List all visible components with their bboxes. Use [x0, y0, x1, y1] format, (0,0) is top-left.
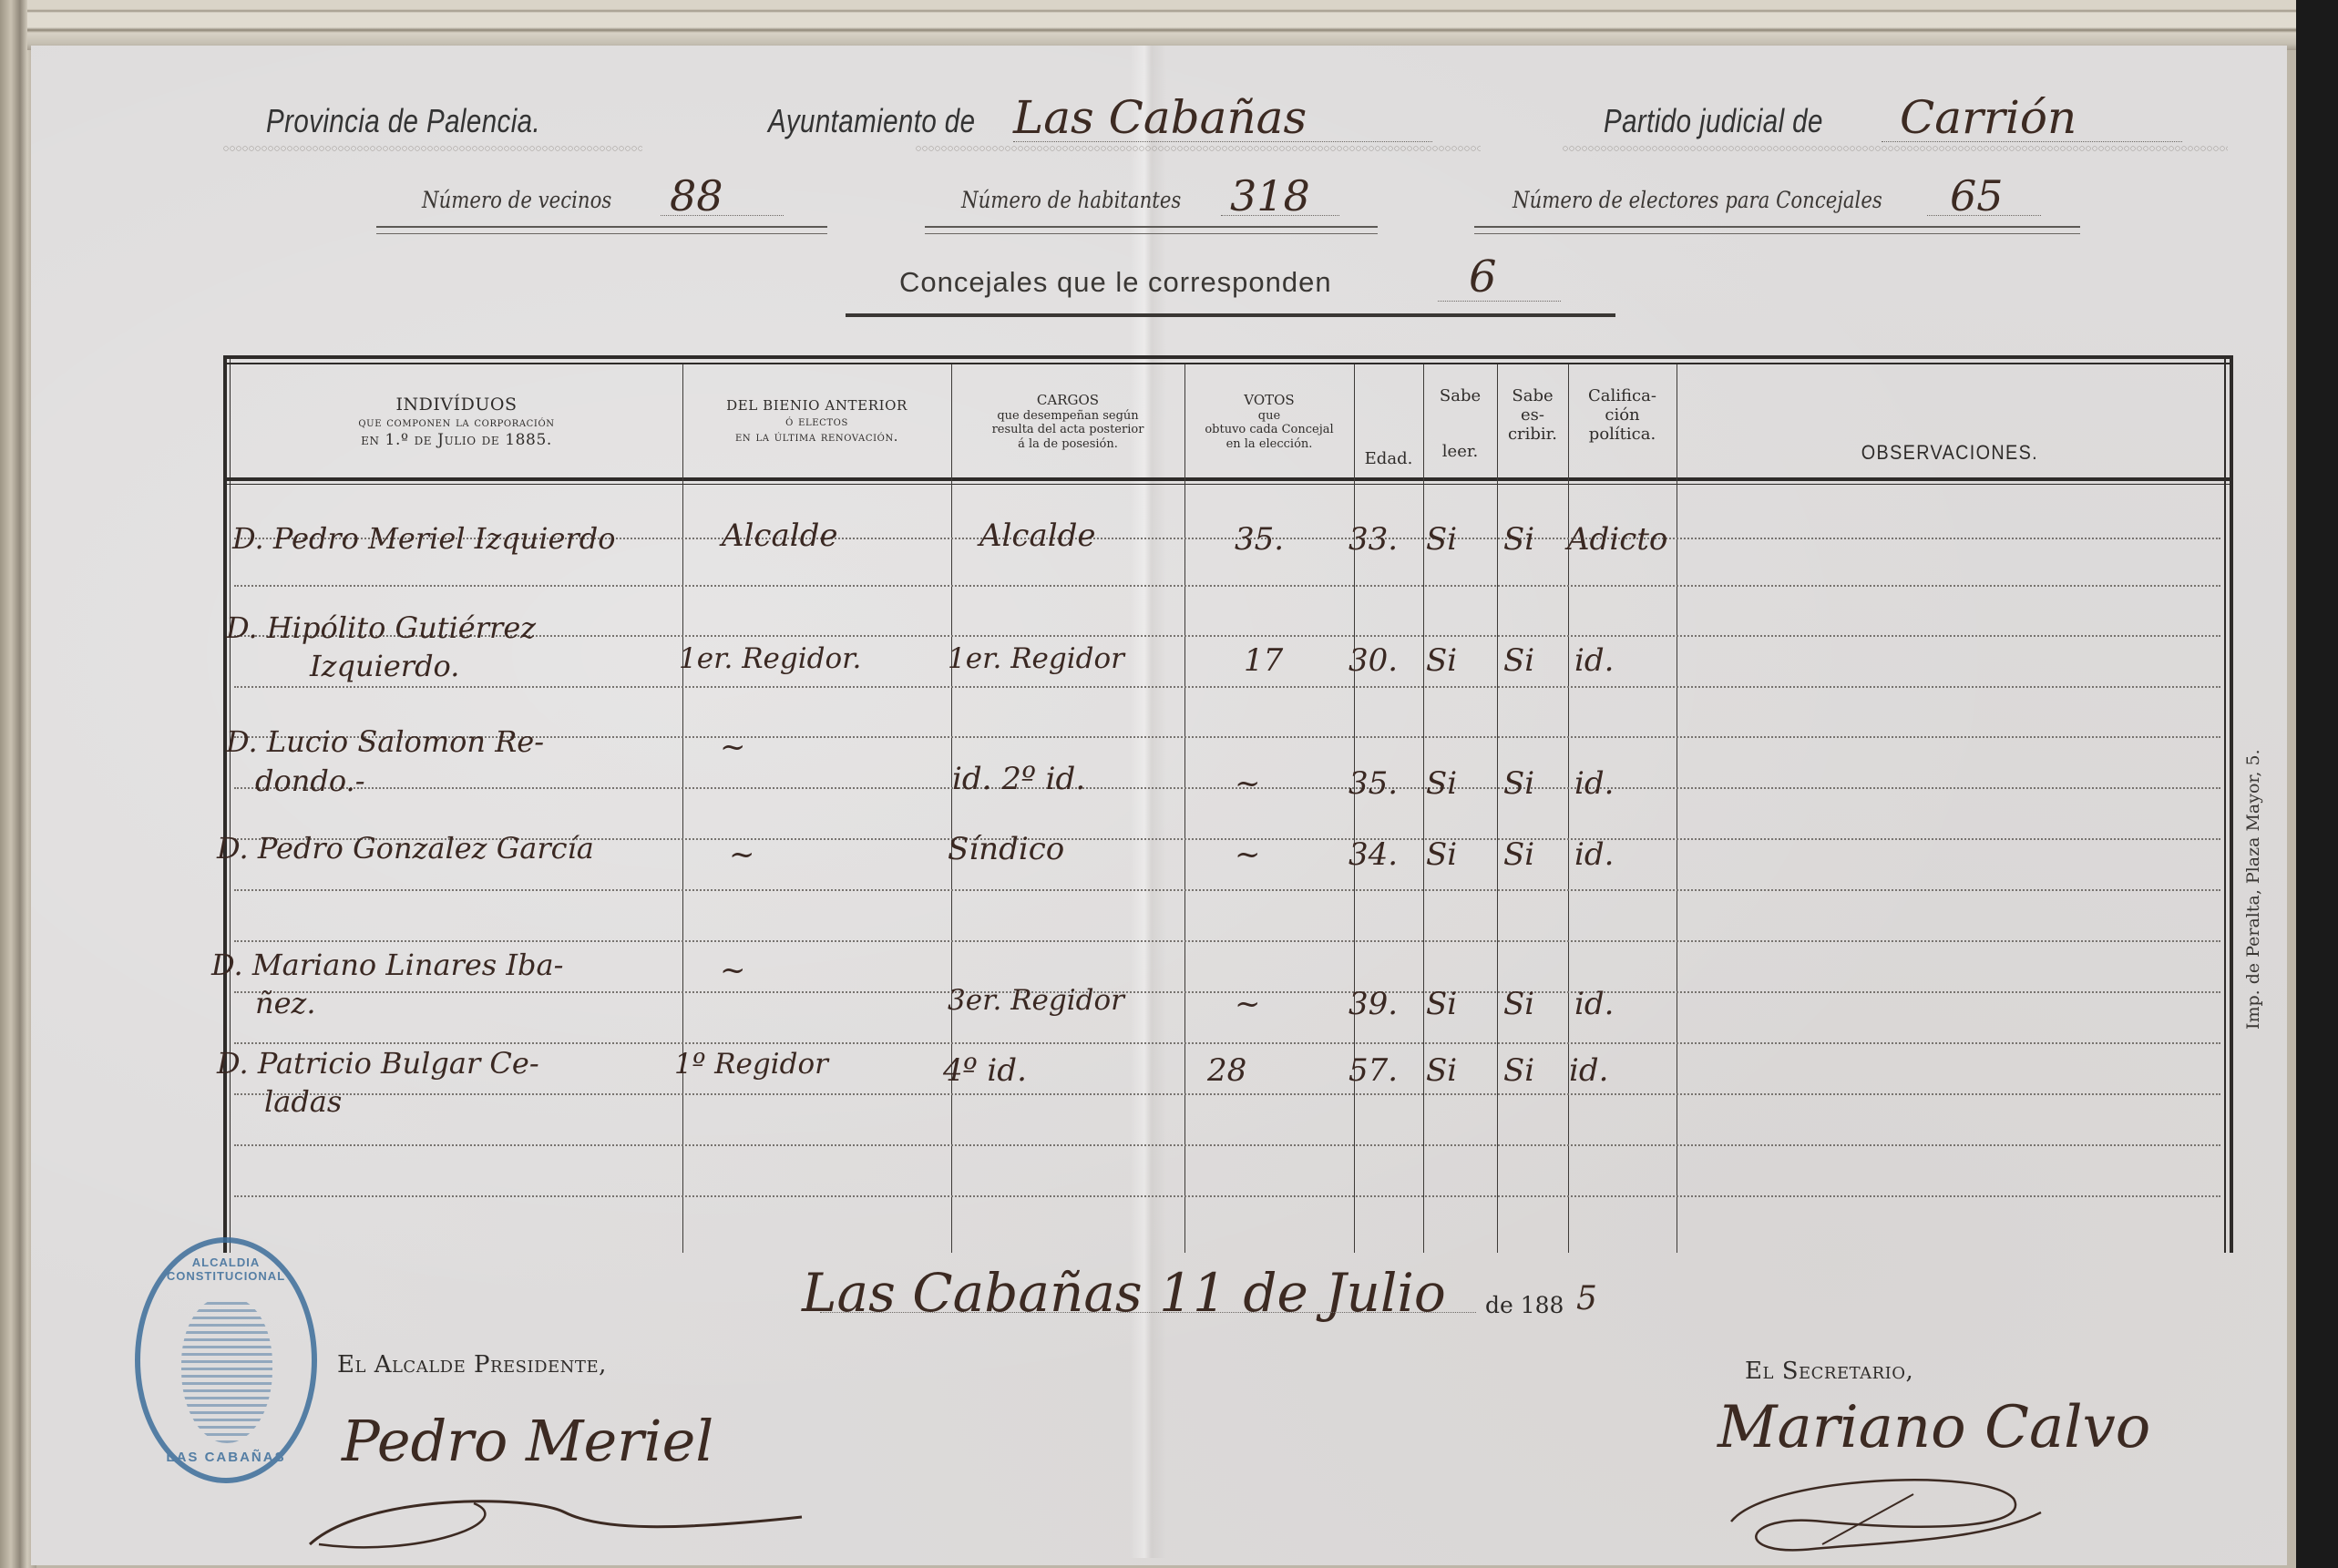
cell-cargo: Síndico — [948, 831, 1064, 867]
cell-name-cont: dondo.- — [255, 764, 365, 798]
ruled-line — [234, 1144, 2220, 1146]
header-sub: resulta del acta posterior — [992, 423, 1144, 436]
fill-line — [1438, 301, 1561, 302]
header-sub: en la elección. — [1226, 437, 1313, 451]
date-place: Las Cabañas 11 de Julio — [802, 1262, 1446, 1324]
cell-name: D. Lucio Salomon Re- — [226, 724, 544, 759]
seal-emblem-icon — [181, 1297, 272, 1443]
ruled-line — [234, 585, 2220, 587]
printer-imprint: Imp. de Peralta, Plaza Mayor, 5. — [2243, 749, 2263, 1030]
double-rule — [925, 226, 1378, 234]
header-title: INDIVÍDUOS — [396, 395, 518, 415]
cell-bienio: 1º Regidor — [674, 1048, 828, 1081]
header-title: Edad. — [1365, 449, 1413, 468]
header-sub: en 1.º de Julio de 1885. — [361, 431, 552, 449]
column-divider — [951, 364, 952, 1253]
cell-calificacion: id. — [1574, 642, 1614, 679]
cell-cargo: id. 2º id. — [952, 761, 1085, 797]
secretario-label: El Secretario, — [1745, 1358, 1913, 1385]
cell-name: D. Mariano Linares Iba- — [211, 948, 563, 982]
header-cargos: CARGOS que desempeñan según resulta del … — [951, 366, 1184, 477]
ayuntamiento-label: Ayuntamiento de — [768, 102, 975, 140]
cell-leer: Si — [1426, 1052, 1457, 1089]
header-sub: ción — [1605, 405, 1639, 425]
cell-bienio: ~ — [729, 836, 755, 873]
secretario-signature: Mariano Calvo — [1718, 1394, 2150, 1461]
header-sub: en la última renovación. — [735, 430, 898, 446]
header-bienio: DEL BIENIO ANTERIOR ó electos en la últi… — [682, 366, 951, 477]
stamp-text: ALCALDIA CONSTITUCIONAL — [140, 1255, 312, 1283]
cell-edad: 33. — [1348, 521, 1398, 558]
cell-votos: 17 — [1244, 642, 1283, 679]
fill-line — [661, 215, 784, 216]
column-divider — [682, 364, 683, 1253]
provincia-label: Provincia de Palencia. — [266, 102, 540, 140]
partido-label: Partido judicial de — [1604, 102, 1823, 140]
header-edad: Edad. — [1354, 366, 1423, 477]
double-rule — [1474, 226, 2080, 234]
double-rule — [376, 226, 827, 234]
cell-bienio: ~ — [720, 729, 746, 765]
fill-line — [1013, 141, 1432, 142]
header-sub: ó electos — [785, 415, 848, 430]
header-sub: que — [1258, 409, 1280, 423]
cell-name-cont: ladas — [264, 1084, 342, 1119]
column-divider — [1354, 364, 1355, 1253]
cell-edad: 35. — [1348, 765, 1398, 802]
header-votos: VOTOS que obtuvo cada Concejal en la ele… — [1184, 366, 1354, 477]
concejales-label: Concejales que le corresponden — [899, 266, 1332, 299]
cell-leer: Si — [1426, 642, 1457, 679]
ruled-line — [234, 889, 2220, 891]
wavy-rule — [1563, 146, 2228, 151]
cell-name: D. Patricio Bulgar Ce- — [217, 1046, 539, 1081]
cell-leer: Si — [1426, 836, 1457, 873]
signature-flourish — [1713, 1458, 2096, 1558]
cell-cargo: Alcalde — [979, 518, 1096, 554]
municipal-seal-stamp: ALCALDIA CONSTITUCIONAL LAS CABAÑAS — [135, 1237, 317, 1483]
header-sub: que desempeñan según — [997, 409, 1138, 423]
cell-votos: 28 — [1207, 1052, 1246, 1089]
header-title: DEL BIENIO ANTERIOR — [726, 398, 908, 415]
header-title: Sabe — [1440, 386, 1481, 405]
cell-calificacion: id. — [1574, 765, 1614, 802]
thick-rule — [846, 313, 1615, 317]
column-divider — [1184, 364, 1185, 1253]
cell-name-cont: ñez. — [255, 986, 316, 1020]
fill-line — [1927, 215, 2041, 216]
vecinos-value: 88 — [670, 171, 723, 220]
cell-votos: 35. — [1235, 521, 1284, 558]
cell-edad: 34. — [1348, 836, 1398, 873]
partido-value: Carrión — [1900, 91, 2077, 144]
cell-leer: Si — [1426, 986, 1457, 1022]
ruled-line — [234, 686, 2220, 688]
corporation-table: INDIVÍDUOS que componen la corporación e… — [223, 355, 2233, 1253]
header-sub: es- — [1521, 405, 1544, 425]
cell-escribir: Si — [1503, 765, 1534, 802]
header-calificacion: Califica- ción política. — [1568, 366, 1677, 477]
cell-leer: Si — [1426, 521, 1457, 558]
cell-escribir: Si — [1503, 1052, 1534, 1089]
cell-escribir: Si — [1503, 642, 1534, 679]
cell-leer: Si — [1426, 765, 1457, 802]
date-de-label: de 188 — [1485, 1292, 1564, 1318]
column-divider — [1568, 364, 1569, 1253]
cell-votos: ~ — [1235, 836, 1261, 873]
header-title: CARGOS — [1037, 393, 1099, 409]
header-title: VOTOS — [1244, 393, 1294, 409]
ruled-line — [234, 787, 2220, 789]
header-sub: leer. — [1442, 442, 1478, 461]
header-sabe-leer: Sabe leer. — [1423, 366, 1497, 477]
cell-edad: 57. — [1348, 1052, 1398, 1089]
cell-votos: ~ — [1235, 765, 1261, 802]
cell-calificacion: id. — [1574, 836, 1614, 873]
header-sabe-escribir: Sabe es- cribir. — [1497, 366, 1568, 477]
cell-edad: 30. — [1348, 642, 1398, 679]
cell-escribir: Si — [1503, 836, 1534, 873]
page-edges-top — [27, 0, 2296, 50]
header-title: Sabe — [1512, 386, 1553, 405]
cell-edad: 39. — [1348, 986, 1398, 1022]
cell-name: D. Pedro Meriel Izquierdo — [232, 521, 616, 556]
header-sub: política. — [1589, 425, 1656, 444]
header-title: Califica- — [1588, 386, 1656, 405]
table-right-border — [2224, 355, 2233, 1253]
ruled-line — [234, 1042, 2220, 1044]
stamp-text: LAS CABAÑAS — [140, 1450, 312, 1465]
cell-escribir: Si — [1503, 521, 1534, 558]
alcalde-label: El Alcalde Presidente, — [337, 1351, 607, 1378]
cell-cargo: 3er. Regidor — [948, 984, 1124, 1017]
header-sub: que componen la corporación — [358, 415, 554, 431]
habitantes-value: 318 — [1230, 171, 1310, 220]
cell-bienio: Alcalde — [722, 518, 838, 554]
cell-calificacion: Adicto — [1567, 521, 1667, 558]
fill-line — [1882, 141, 2182, 142]
cell-name: D. Pedro Gonzalez García — [217, 831, 594, 866]
column-divider — [1497, 364, 1498, 1253]
header-title: OBSERVACIONES. — [1861, 441, 2038, 465]
ruled-line — [234, 991, 2220, 993]
wavy-rule — [223, 146, 642, 151]
table-top-border — [223, 355, 2233, 364]
cell-calificacion: id. — [1574, 986, 1614, 1022]
cell-calificacion: id. — [1569, 1052, 1608, 1089]
header-sub: obtuvo cada Concejal — [1205, 423, 1333, 436]
concejales-value: 6 — [1469, 251, 1497, 302]
ruled-line — [234, 1195, 2220, 1197]
header-observaciones: OBSERVACIONES. — [1677, 366, 2223, 477]
ayuntamiento-value: Las Cabañas — [1013, 91, 1307, 144]
cell-cargo: 4º id. — [943, 1052, 1027, 1089]
cell-escribir: Si — [1503, 986, 1534, 1022]
header-sub: cribir. — [1508, 425, 1557, 444]
electores-label: Número de electores para Concejales — [1513, 187, 1882, 213]
cell-name-cont: Izquierdo. — [310, 649, 459, 683]
column-divider — [1423, 364, 1424, 1253]
cell-name: D. Hipólito Gutiérrez — [226, 610, 536, 645]
vecinos-label: Número de vecinos — [422, 187, 611, 213]
wavy-rule — [916, 146, 1481, 151]
table-header-border — [223, 477, 2233, 485]
column-divider — [1677, 364, 1677, 1253]
cell-cargo: 1er. Regidor — [948, 642, 1124, 675]
ruled-line — [234, 940, 2220, 942]
signature-flourish — [292, 1458, 838, 1558]
header-sub: á la de posesión. — [1018, 437, 1118, 451]
fill-line — [1221, 215, 1339, 216]
fill-line — [820, 1312, 1476, 1313]
cell-votos: ~ — [1235, 986, 1261, 1022]
ruled-line — [234, 1093, 2220, 1095]
habitantes-label: Número de habitantes — [961, 187, 1181, 213]
cell-bienio: ~ — [720, 952, 746, 989]
date-year-digit: 5 — [1576, 1280, 1597, 1317]
table-left-border — [223, 355, 231, 1253]
electores-value: 65 — [1950, 171, 2004, 220]
cell-bienio: 1er. Regidor. — [679, 642, 861, 675]
header-individuos: INDIVÍDUOS que componen la corporación e… — [231, 366, 682, 477]
